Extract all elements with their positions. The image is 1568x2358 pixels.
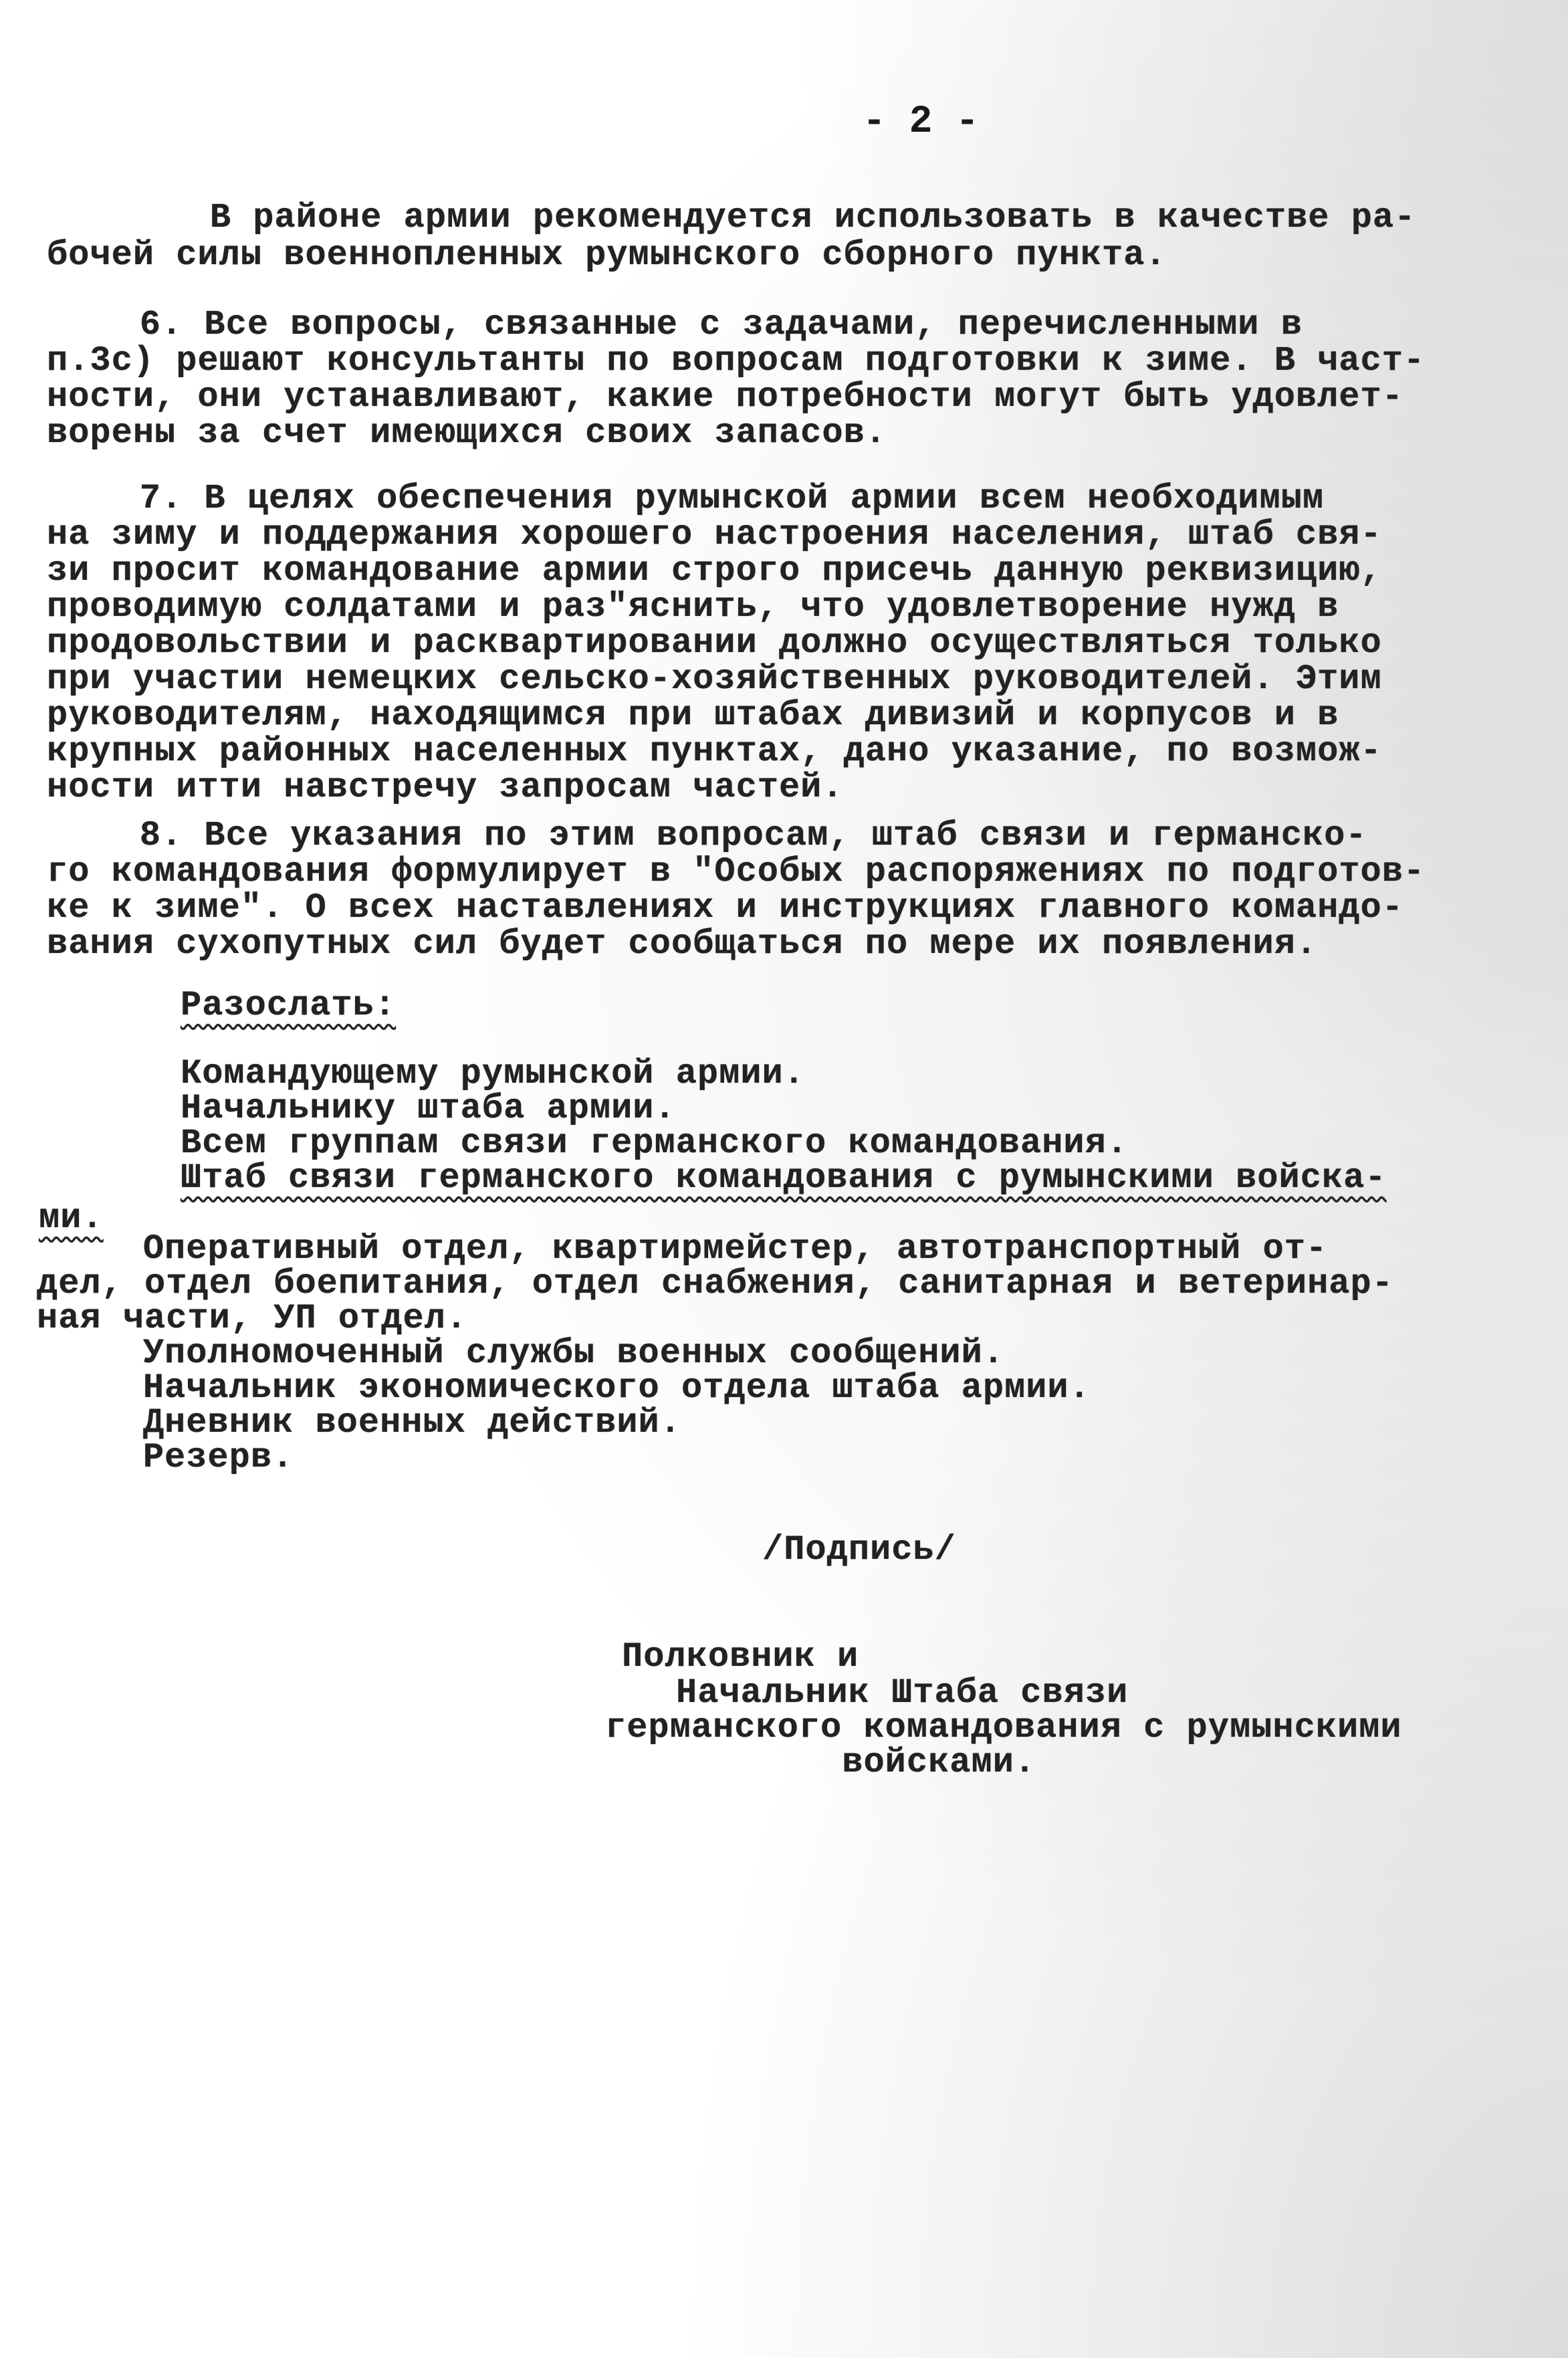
paragraph-line: 8. Все указания по этим вопросам, штаб с… bbox=[53, 817, 1367, 855]
signature-line: Начальник Штаба связи bbox=[568, 1675, 1128, 1712]
signature-line: войсками. bbox=[605, 1744, 1036, 1782]
distribution-item: дел, отдел боепитания, отдел снабжения, … bbox=[37, 1265, 1393, 1303]
document-page: - 2 - В районе армии рекомендуется испол… bbox=[0, 0, 1568, 2358]
distribution-item: Дневник военных действий. bbox=[57, 1404, 681, 1442]
paragraph-line: ности итти навстречу запросам частей. bbox=[47, 769, 844, 807]
page-number: - 2 - bbox=[863, 100, 979, 144]
paragraph-line: го командования формулирует в "Особых ра… bbox=[47, 853, 1425, 891]
distribution-item: Начальник экономического отдела штаба ар… bbox=[57, 1370, 1091, 1407]
paragraph-line: В районе армии рекомендуется использоват… bbox=[124, 199, 1416, 237]
distribution-heading: Разослать: bbox=[181, 987, 396, 1025]
distribution-item: Резерв. bbox=[57, 1439, 294, 1477]
paragraph-line: 7. В целях обеспечения румынской армии в… bbox=[53, 480, 1324, 518]
distribution-item: ная части, УП отдел. bbox=[37, 1300, 467, 1337]
paragraph-line: зи просит командование армии строго прис… bbox=[47, 552, 1382, 590]
paragraph-line: руководителям, находящимся при штабах ди… bbox=[47, 697, 1339, 734]
signature-mark: /Подпись/ bbox=[762, 1531, 956, 1569]
paragraph-line: крупных районных населенных пунктах, дан… bbox=[47, 733, 1382, 770]
distribution-item: Оперативный отдел, квартирмейстер, автот… bbox=[57, 1230, 1327, 1268]
paragraph-line: на зиму и поддержания хорошего настроени… bbox=[47, 516, 1382, 554]
paragraph-line: продовольствии и расквартировании должно… bbox=[47, 625, 1382, 662]
distribution-item: Уполномоченный службы военных сообщений. bbox=[57, 1335, 1004, 1372]
paragraph-line: 6. Все вопросы, связанные с задачами, пе… bbox=[53, 306, 1303, 344]
paragraph-line: ворены за счет имеющихся своих запасов. bbox=[47, 415, 887, 452]
paragraph-line: ности, они устанавливают, какие потребно… bbox=[47, 379, 1404, 416]
distribution-item: Начальнику штаба армии. bbox=[181, 1090, 676, 1128]
paragraph-line: проводимую солдатами и раз"яснить, что у… bbox=[47, 588, 1339, 626]
paragraph-line: при участии немецких сельско-хозяйственн… bbox=[47, 661, 1382, 698]
paragraph-line: ке к зиме". О всех наставлениях и инстру… bbox=[47, 889, 1404, 927]
signature-line: Полковник и bbox=[622, 1638, 859, 1676]
distribution-item: Командующему румынской армии. bbox=[181, 1055, 805, 1093]
distribution-item: Всем группам связи германского командова… bbox=[181, 1125, 1128, 1162]
distribution-item: Штаб связи германского командования с ру… bbox=[181, 1160, 1386, 1197]
paragraph-line: п.3с) решают консультанты по вопросам по… bbox=[47, 342, 1425, 380]
paragraph-line: вания сухопутных сил будет сообщаться по… bbox=[47, 926, 1317, 963]
signature-line: германского командования с румынскими bbox=[605, 1709, 1402, 1747]
paragraph-line: бочей силы военнопленных румынского сбор… bbox=[47, 237, 1167, 274]
